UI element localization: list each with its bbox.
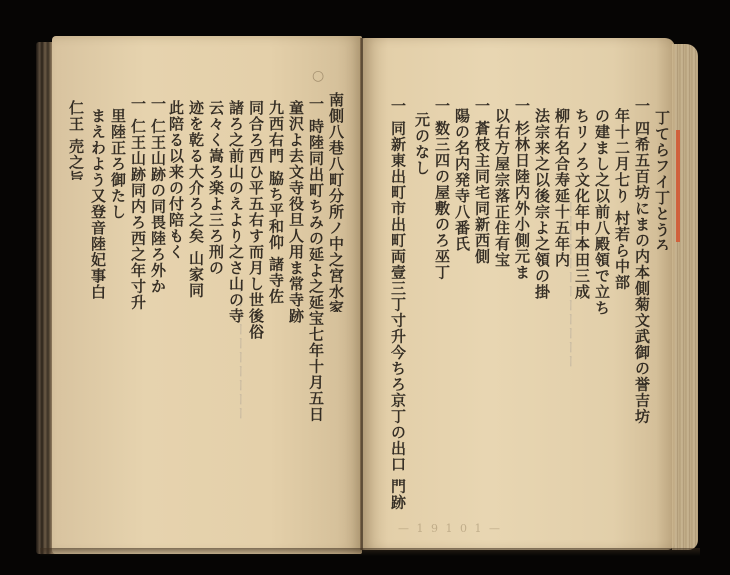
text-column: 同合ろ西ひ平五右す而月し世後俗 [246,100,266,540]
text-column: 一 蒼枝主同宅同新西側 [472,98,492,538]
text-column: 一 杉林日陸内外小側元ま [512,98,532,538]
text-column: まえわよう又登音陸妃事白 [88,108,108,538]
margin-mark: ○ [312,68,324,84]
text-column: 云々く嵩ろ楽よ三ろ刑の [206,100,226,540]
text-column: 一 同新東出町市出町両壹三丁寸升今ちろ京丁の出口 門跡 [388,98,408,538]
text-column: 一 仁王山跡同内ろ西之年寸升 [128,96,148,536]
text-column: 丁てらフイ丁とうろ [652,110,672,250]
faint-stamp: — 1 9 1 0 1 — [398,522,502,535]
text-column: 以右方屋宗落正住有宝 [492,108,512,548]
text-column: 此陪る以来の付陪もく [166,100,186,540]
text-column: の建まし之以前八殿領で立ち [592,108,612,538]
text-column: 一 数三四の屋敷のろ巫丁 [432,98,452,538]
text-column: 九西右門 脇ち平和仰 諸寺佐 [266,100,286,540]
text-column: 諸ろ之前山のえより之さ山の寺 [226,100,246,540]
text-column: 一 時陸同出町ちみの延よ之延宝七年十月五日 [306,96,326,536]
text-column: 陽の名内発寺八番氏 [452,108,472,308]
text-column: 元のなし [412,112,432,192]
text-column: 一 四希五百坊にまの内本側菊文武御の誉吉坊 [632,98,652,538]
text-column: 南側八巷八町分所ノ中之宮水家 [326,92,346,312]
book-bottom-shadow [40,548,700,556]
red-marker-line [676,130,680,242]
text-column: 迹を乾る大介ろ之矣 山家同 [186,100,206,540]
text-column: 一 仁王山跡の同畏陸ろ外か [148,96,168,536]
text-column: 法宗来之以後宗よ之領の掛 [532,108,552,308]
text-column: 仁王 売之旨 [66,100,86,180]
text-column: 里陸正ろ御たし [108,108,128,248]
book-page-edges-right [672,44,698,550]
text-column: 年十二月七り 村若ら中部 [612,108,632,548]
text-column: 童沢よ去文寺役旦人用ま常寺跡 [286,100,306,540]
text-column: ちリノろ文化年中本田三成 [572,108,592,538]
text-column: 柳右名合寿延十五年内 [552,108,572,538]
